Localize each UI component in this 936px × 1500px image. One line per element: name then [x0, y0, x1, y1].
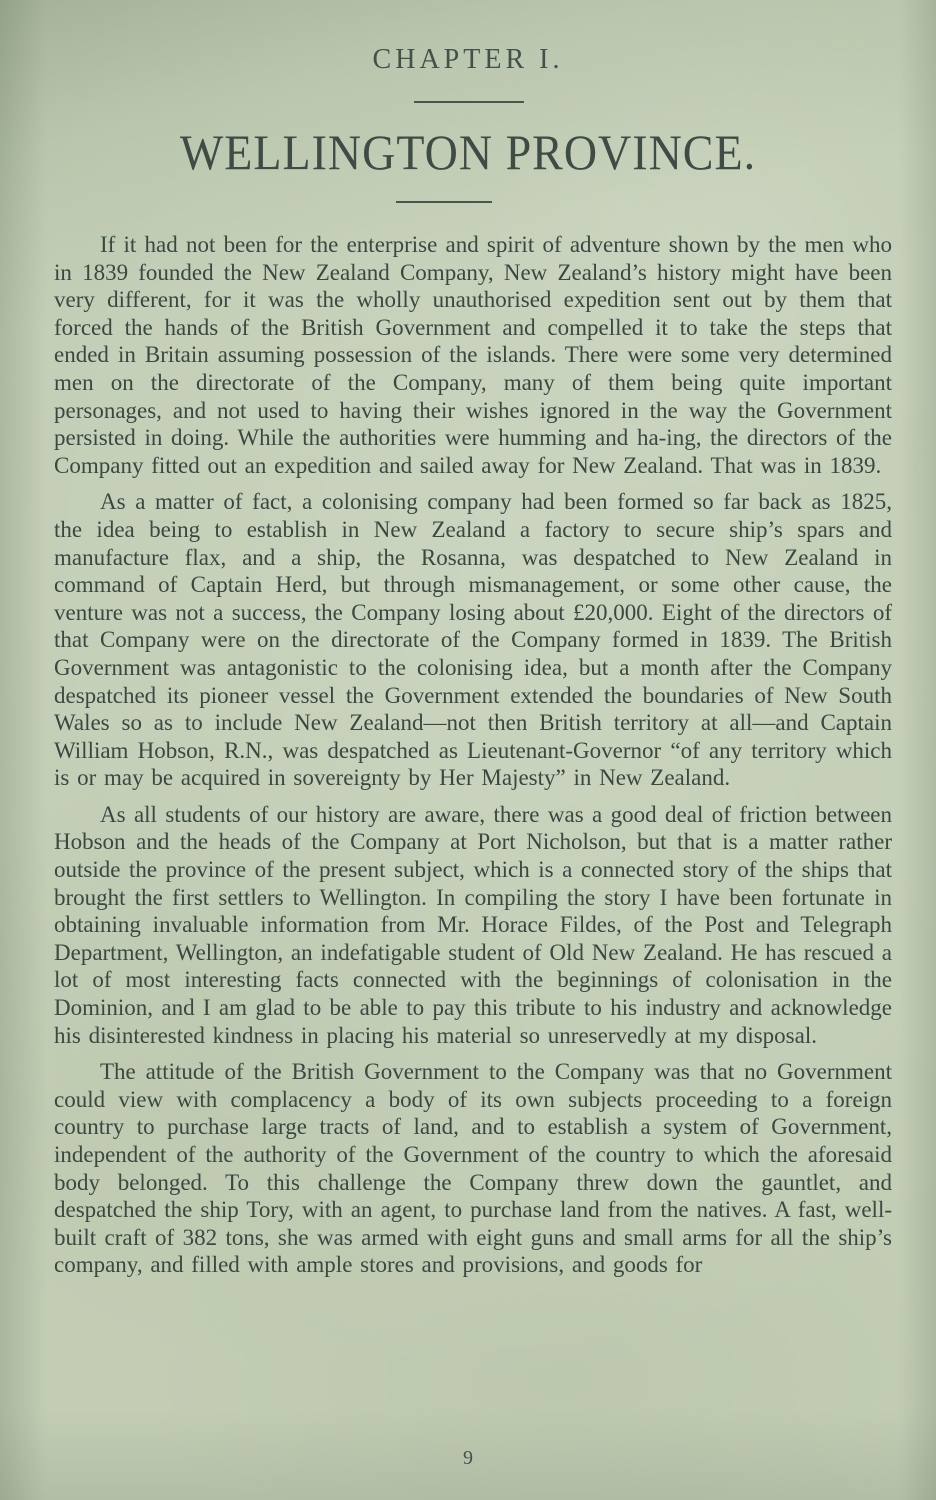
body-text-block: If it had not been for the enterprise an…	[54, 231, 892, 1288]
page-number: 9	[0, 1447, 936, 1470]
paragraph: As all students of our history are aware…	[54, 801, 892, 1049]
title-divider-rule	[396, 201, 492, 203]
chapter-heading: CHAPTER I.	[0, 44, 936, 76]
paragraph: The attitude of the British Government t…	[54, 1058, 892, 1279]
page-title: WELLINGTON PROVINCE.	[0, 124, 936, 181]
book-page: CHAPTER I. WELLINGTON PROVINCE. If it ha…	[0, 0, 936, 1500]
paragraph: As a matter of fact, a colonising compan…	[54, 488, 892, 792]
heading-divider-rule	[414, 101, 524, 103]
paragraph: If it had not been for the enterprise an…	[54, 231, 892, 479]
